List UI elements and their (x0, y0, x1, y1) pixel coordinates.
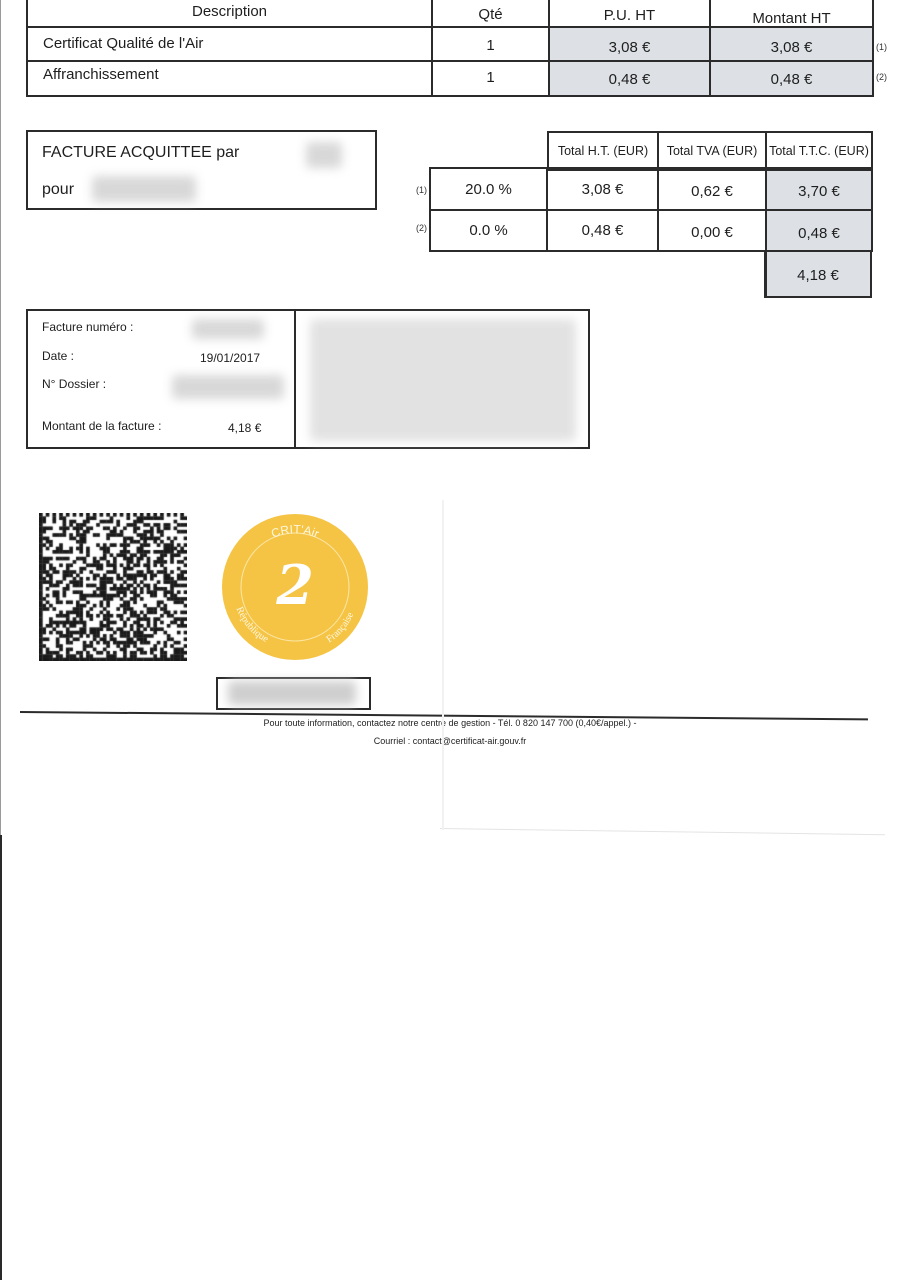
redacted-recipient (92, 176, 196, 202)
dossier-label: N° Dossier : (42, 377, 106, 391)
invoice-amount-label: Montant de la facture : (42, 419, 161, 433)
invoice-info-box: Facture numéro : Date : 19/01/2017 N° Do… (26, 309, 590, 449)
row-unit-price: 0,48 € (550, 64, 709, 94)
row-vat-rate: 20.0 % (431, 169, 546, 209)
redacted-dossier-number (172, 375, 284, 399)
redacted-invoice-number (192, 319, 264, 339)
row-amount: 0,48 € (711, 64, 872, 94)
row-total-ht: 0,48 € (548, 211, 657, 250)
sticker-class-number: 2 (275, 553, 314, 617)
row-total-ttc: 0,48 € (767, 214, 871, 253)
row-footnote: (1) (416, 185, 427, 195)
row-footnote: (2) (416, 223, 427, 233)
invoice-number-label: Facture numéro : (42, 320, 133, 334)
critair-sticker: CRIT'Air 2 République Française (220, 512, 370, 662)
plate-number-box (216, 677, 371, 710)
row-qty: 1 (433, 62, 548, 92)
header-total-ttc: Total T.T.C. (EUR) (767, 133, 871, 169)
grand-total-value: 4,18 € (766, 254, 870, 296)
header-total-ht: Total H.T. (EUR) (549, 133, 657, 169)
paid-box: FACTURE ACQUITTEE par pour (26, 130, 377, 210)
header-unit-price: P.U. HT (550, 2, 709, 28)
scan-edge (0, 0, 1, 835)
page-fold (440, 828, 885, 835)
row-unit-price: 3,08 € (550, 32, 709, 62)
row-total-tva: 0,62 € (659, 171, 765, 211)
header-total-tva: Total TVA (EUR) (659, 133, 765, 169)
row-footnote: (1) (876, 42, 887, 52)
redacted-address (310, 319, 576, 441)
row-total-tva: 0,00 € (659, 213, 765, 252)
footer-contact-email: Courriel : contact@certificat-air.gouv.f… (150, 736, 750, 746)
page-crease (442, 500, 444, 830)
header-amount: Montant HT (711, 4, 872, 32)
redacted-plate (228, 681, 356, 705)
header-description: Description (28, 0, 431, 22)
invoice-amount-value: 4,18 € (228, 421, 261, 435)
row-footnote: (2) (876, 72, 887, 82)
redacted-payer (306, 142, 342, 168)
header-qty: Qté (433, 2, 548, 26)
scan-edge-dark (0, 835, 2, 1280)
row-total-ht: 3,08 € (548, 169, 657, 209)
row-description: Affranchissement (43, 60, 423, 88)
datamatrix-code (39, 513, 187, 661)
footer-contact-phone: Pour toute information, contactez notre … (150, 718, 750, 728)
row-amount: 3,08 € (711, 32, 872, 62)
row-vat-rate: 0.0 % (431, 211, 546, 250)
date-label: Date : (42, 349, 74, 363)
paid-by-label: FACTURE ACQUITTEE par (42, 144, 239, 162)
row-total-ttc: 3,70 € (767, 171, 871, 211)
row-qty: 1 (433, 30, 548, 60)
date-value: 19/01/2017 (200, 351, 260, 365)
row-description: Certificat Qualité de l'Air (43, 28, 423, 58)
paid-for-label: pour (42, 181, 74, 199)
